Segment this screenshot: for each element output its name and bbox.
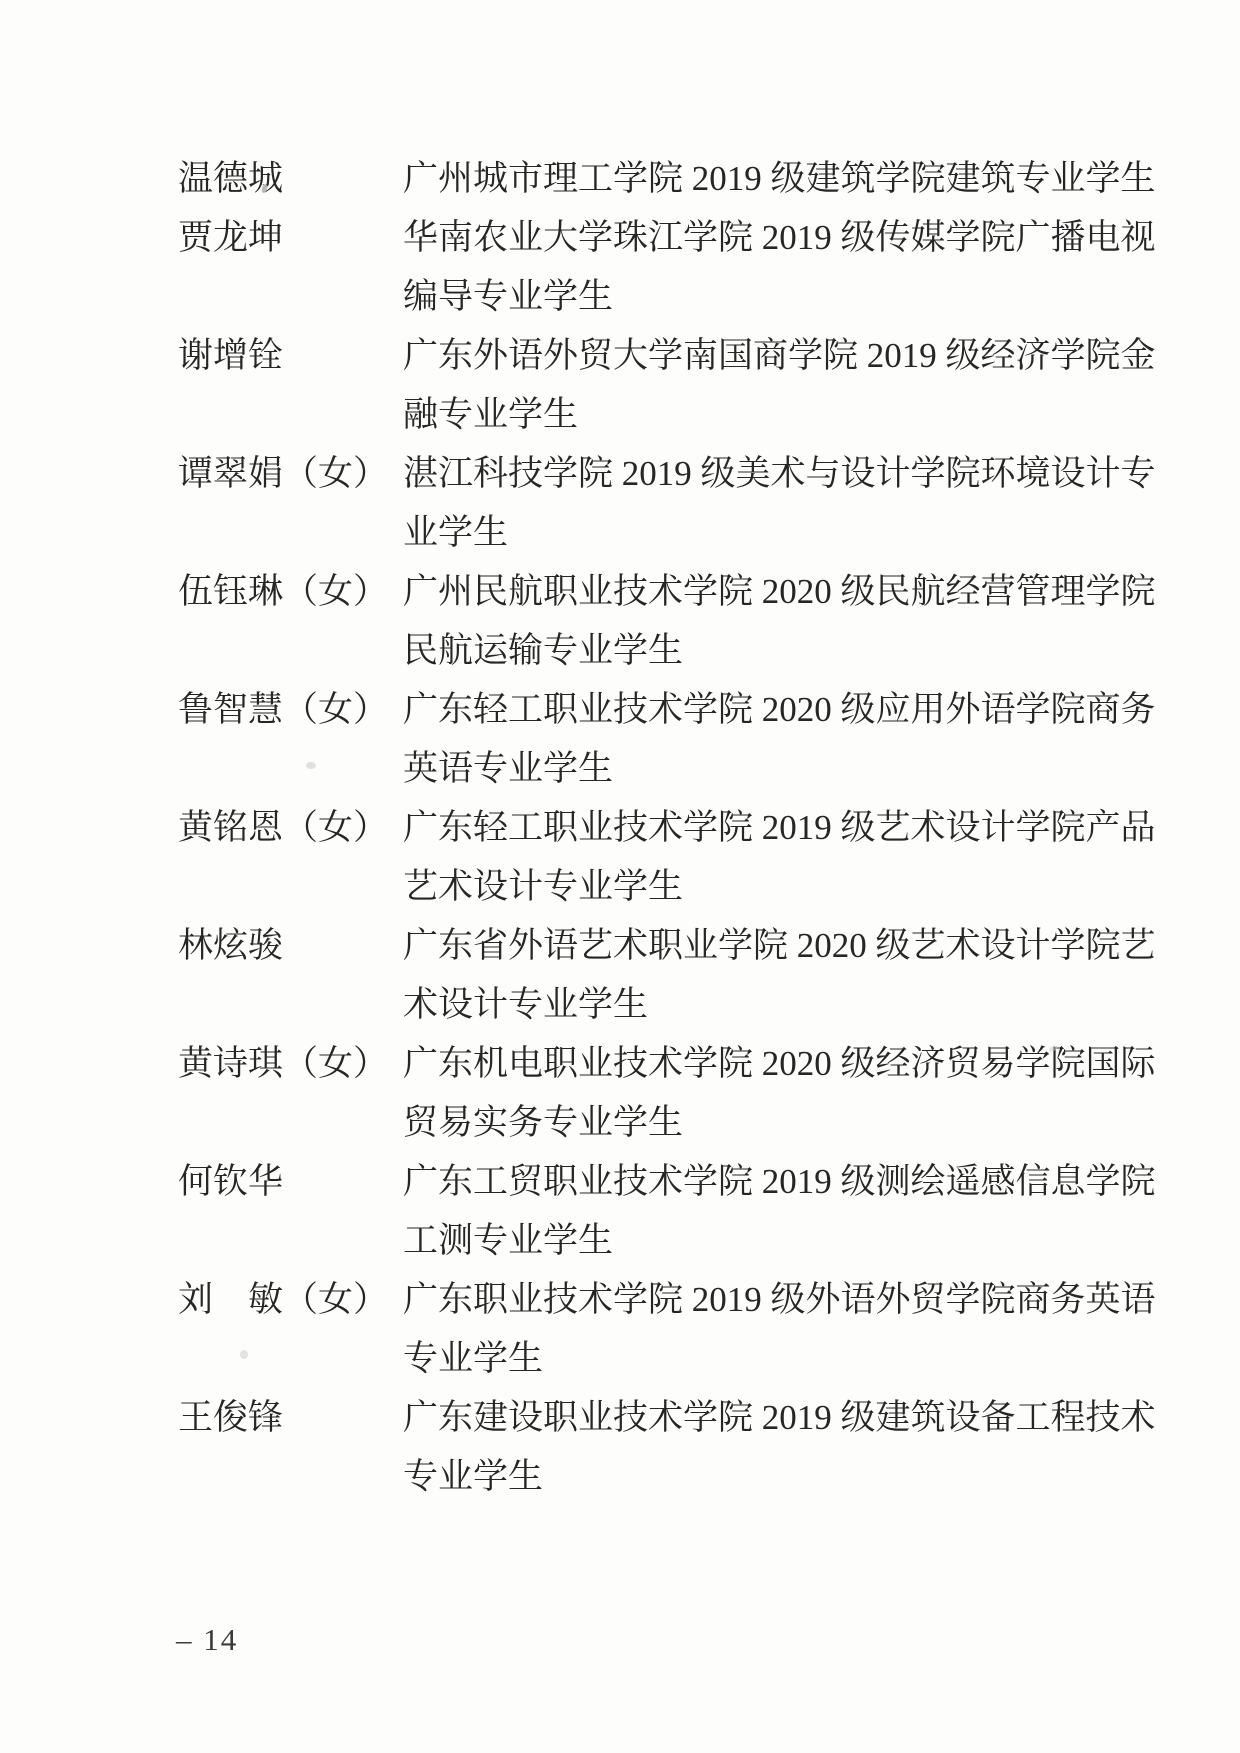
- student-name: 林炫骏: [178, 916, 403, 975]
- student-description: 广东机电职业技术学院 2020 级经济贸易学院国际 贸易实务专业学生: [403, 1034, 1228, 1152]
- student-list: 温德城 广州城市理工学院 2019 级建筑学院建筑专业学生 贾龙坤 华南农业大学…: [178, 149, 1228, 1506]
- student-description: 广东工贸职业技术学院 2019 级测绘遥感信息学院 工测专业学生: [403, 1152, 1228, 1270]
- student-name: 伍钰琳（女）: [178, 562, 403, 621]
- student-row: 刘 敏（女） 广东职业技术学院 2019 级外语外贸学院商务英语 专业学生: [178, 1270, 1228, 1388]
- student-description: 湛江科技学院 2019 级美术与设计学院环境设计专 业学生: [403, 444, 1228, 562]
- student-row: 温德城 广州城市理工学院 2019 级建筑学院建筑专业学生: [178, 149, 1228, 208]
- student-name: 刘 敏（女）: [178, 1270, 403, 1329]
- student-row: 黄诗琪（女） 广东机电职业技术学院 2020 级经济贸易学院国际 贸易实务专业学…: [178, 1034, 1228, 1152]
- student-name: 温德城: [178, 149, 403, 208]
- student-row: 何钦华 广东工贸职业技术学院 2019 级测绘遥感信息学院 工测专业学生: [178, 1152, 1228, 1270]
- student-row: 谭翠娟（女） 湛江科技学院 2019 级美术与设计学院环境设计专 业学生: [178, 444, 1228, 562]
- student-name: 黄铭恩（女）: [178, 798, 403, 857]
- student-description: 华南农业大学珠江学院 2019 级传媒学院广播电视 编导专业学生: [403, 208, 1228, 326]
- student-row: 黄铭恩（女） 广东轻工职业技术学院 2019 级艺术设计学院产品 艺术设计专业学…: [178, 798, 1228, 916]
- student-description: 广东职业技术学院 2019 级外语外贸学院商务英语 专业学生: [403, 1270, 1228, 1388]
- student-name: 贾龙坤: [178, 208, 403, 267]
- student-row: 鲁智慧（女） 广东轻工职业技术学院 2020 级应用外语学院商务 英语专业学生: [178, 680, 1228, 798]
- student-row: 贾龙坤 华南农业大学珠江学院 2019 级传媒学院广播电视 编导专业学生: [178, 208, 1228, 326]
- student-name: 何钦华: [178, 1152, 403, 1211]
- student-name: 鲁智慧（女）: [178, 680, 403, 739]
- student-description: 广东轻工职业技术学院 2020 级应用外语学院商务 英语专业学生: [403, 680, 1228, 798]
- student-name: 王俊锋: [178, 1388, 403, 1447]
- page-number: – 14: [176, 1622, 238, 1658]
- student-description: 广东外语外贸大学南国商学院 2019 级经济学院金 融专业学生: [403, 326, 1228, 444]
- student-name: 黄诗琪（女）: [178, 1034, 403, 1093]
- student-description: 广州城市理工学院 2019 级建筑学院建筑专业学生: [403, 149, 1228, 208]
- student-description: 广东省外语艺术职业学院 2020 级艺术设计学院艺 术设计专业学生: [403, 916, 1228, 1034]
- student-row: 谢增铨 广东外语外贸大学南国商学院 2019 级经济学院金 融专业学生: [178, 326, 1228, 444]
- student-name: 谭翠娟（女）: [178, 444, 403, 503]
- scan-artifact: [240, 1350, 248, 1359]
- student-description: 广东建设职业技术学院 2019 级建筑设备工程技术 专业学生: [403, 1388, 1228, 1506]
- student-description: 广东轻工职业技术学院 2019 级艺术设计学院产品 艺术设计专业学生: [403, 798, 1228, 916]
- scan-artifact: [306, 762, 316, 769]
- student-row: 王俊锋 广东建设职业技术学院 2019 级建筑设备工程技术 专业学生: [178, 1388, 1228, 1506]
- student-description: 广州民航职业技术学院 2020 级民航经营管理学院 民航运输专业学生: [403, 562, 1228, 680]
- student-name: 谢增铨: [178, 326, 403, 385]
- student-row: 伍钰琳（女） 广州民航职业技术学院 2020 级民航经营管理学院 民航运输专业学…: [178, 562, 1228, 680]
- student-row: 林炫骏 广东省外语艺术职业学院 2020 级艺术设计学院艺 术设计专业学生: [178, 916, 1228, 1034]
- document-page: 温德城 广州城市理工学院 2019 级建筑学院建筑专业学生 贾龙坤 华南农业大学…: [0, 0, 1240, 1753]
